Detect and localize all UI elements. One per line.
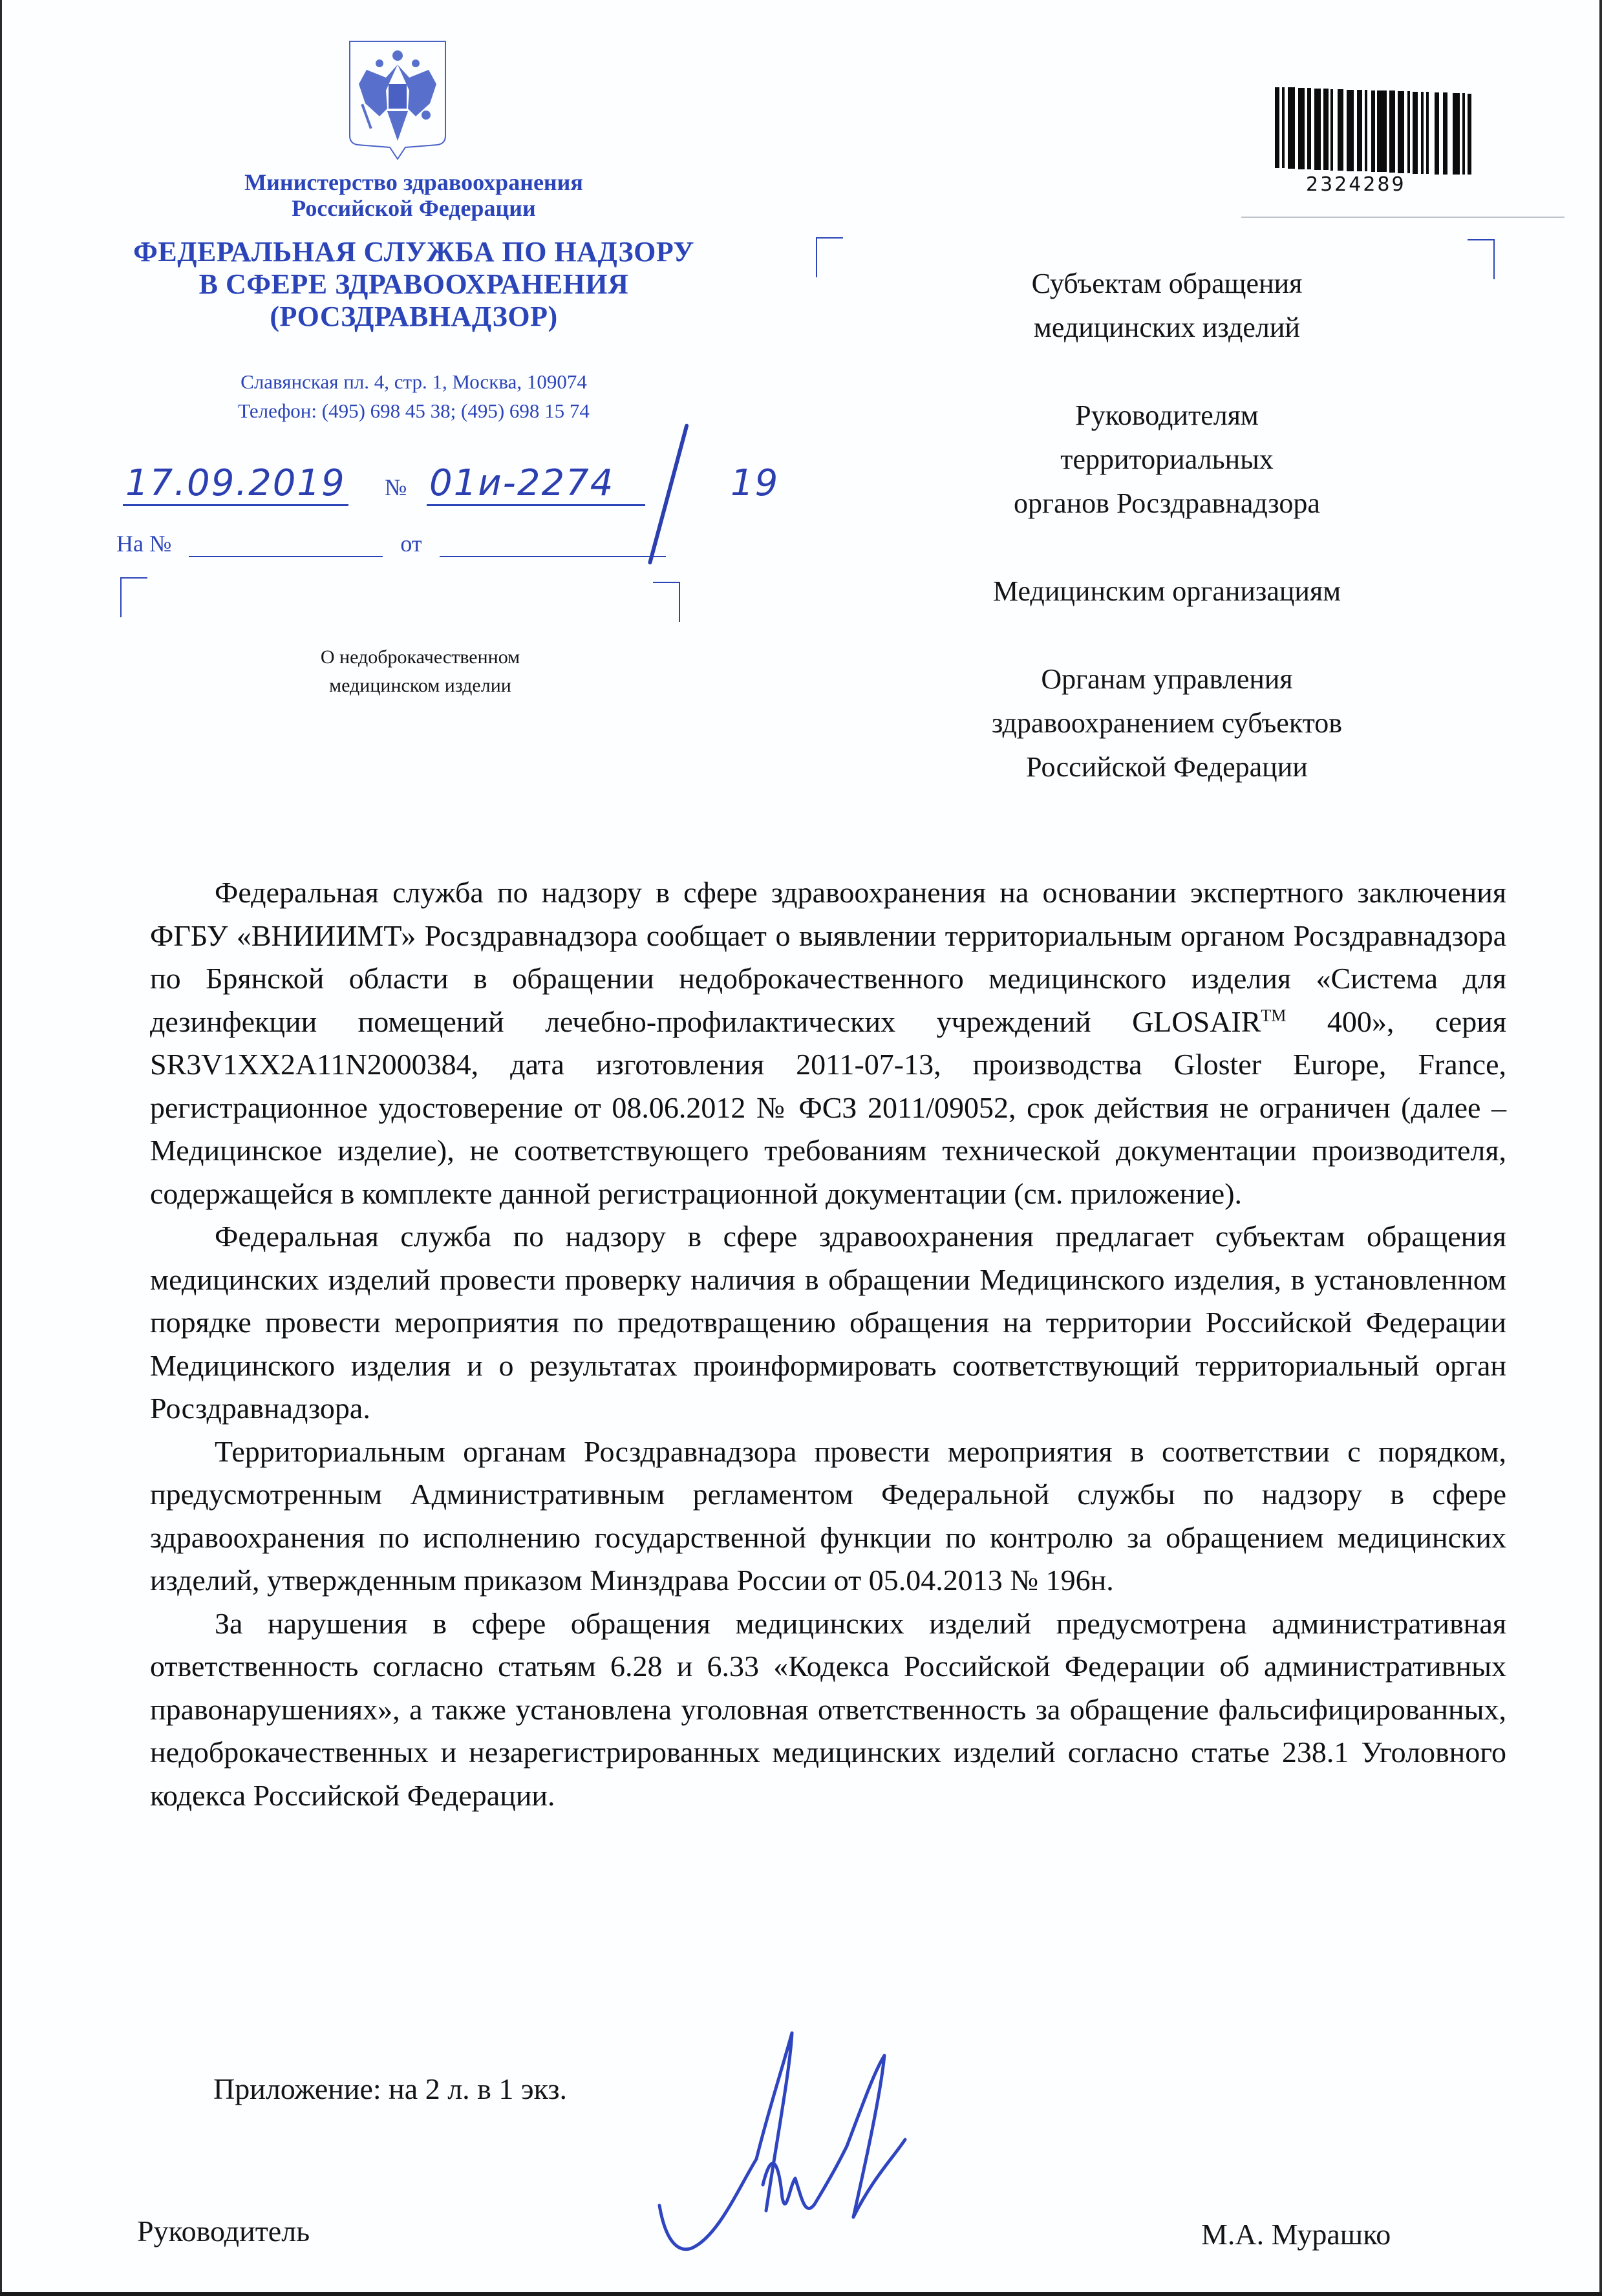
barcode-icon (1275, 87, 1472, 175)
registration-number-suffix: 19 (731, 462, 779, 504)
reply-reference-line: На № от (116, 530, 666, 557)
service-name: ФЕДЕРАЛЬНАЯ СЛУЖБА ПО НАДЗОРУ В СФЕРЕ ЗД… (91, 236, 737, 333)
address-line: Славянская пл. 4, стр. 1, Москва, 109074 (91, 367, 737, 396)
addressee-line: Российской Федерации (860, 745, 1474, 789)
body-paragraph: За нарушения в сфере обращения медицинск… (150, 1602, 1506, 1818)
addressee-line: Медицинским организациям (860, 569, 1474, 613)
ministry-line: Российской Федерации (91, 195, 737, 221)
addressee-line: Руководителям (860, 394, 1474, 438)
addressee-line: Органам управления (860, 657, 1474, 701)
double-headed-eagle-emblem-icon (347, 39, 448, 162)
phone-line: Телефон: (495) 698 45 38; (495) 698 15 7… (91, 396, 737, 425)
page-edge (1599, 0, 1602, 2296)
page-edge (0, 0, 2, 2296)
addressee-group: Органам управления здравоохранением субъ… (860, 657, 1474, 789)
reply-to-label: На № (116, 531, 171, 557)
registration-line: 17.09.2019 № 01и-2274 19 (116, 462, 828, 507)
addressee-group: Медицинским организациям (860, 569, 1474, 613)
addressee-block: Субъектам обращения медицинских изделий … (860, 262, 1474, 789)
addressee-bracket-left (816, 237, 843, 277)
barcode (1275, 87, 1472, 175)
number-label: № (385, 474, 407, 501)
body-paragraph: Федеральная служба по надзору в сфере зд… (150, 871, 1506, 1215)
addressee-line: территориальных (860, 438, 1474, 482)
addressee-group: Субъектам обращения медицинских изделий (860, 262, 1474, 350)
addressee-line: Субъектам обращения (860, 262, 1474, 306)
reply-from-label: от (400, 531, 422, 557)
signatory-name: М.А. Мурашко (1201, 2217, 1391, 2251)
subject-bracket-left (120, 577, 147, 617)
page-edge (0, 2292, 1602, 2296)
addressee-line: медицинских изделий (860, 306, 1474, 350)
registration-date: 17.09.2019 (123, 462, 348, 506)
contact-info: Славянская пл. 4, стр. 1, Москва, 109074… (91, 367, 737, 425)
body-paragraph: Территориальным органам Росздравнадзора … (150, 1430, 1506, 1602)
reply-number-blank (189, 534, 383, 557)
handwritten-signature-icon (621, 2030, 1021, 2269)
addressee-line: органов Росздравнадзора (860, 482, 1474, 526)
subject-bracket-right (653, 582, 680, 622)
service-line: В СФЕРЕ ЗДРАВООХРАНЕНИЯ (91, 268, 737, 301)
reply-date-blank (440, 534, 666, 557)
subject-line: О недоброкачественном (259, 643, 582, 672)
letter-body: Федеральная служба по надзору в сфере зд… (150, 871, 1506, 1817)
subject-line: медицинском изделии (259, 672, 582, 700)
body-paragraph: Федеральная служба по надзору в сфере зд… (150, 1215, 1506, 1430)
attachment-note: Приложение: на 2 л. в 1 экз. (213, 2072, 567, 2106)
ministry-name: Министерство здравоохранения Российской … (91, 169, 737, 221)
subject: О недоброкачественном медицинском издели… (259, 643, 582, 700)
barcode-number: 2324289 (1306, 173, 1406, 196)
addressee-line: здравоохранением субъектов (860, 701, 1474, 745)
service-line: ФЕДЕРАЛЬНАЯ СЛУЖБА ПО НАДЗОРУ (91, 236, 737, 268)
divider (1241, 217, 1565, 218)
addressee-group: Руководителям территориальных органов Ро… (860, 394, 1474, 526)
trademark-superscript: TM (1261, 1006, 1286, 1025)
service-line: (РОСЗДРАВНАДЗОР) (91, 301, 737, 333)
signatory-title: Руководитель (137, 2214, 310, 2248)
registration-number: 01и-2274 (427, 462, 645, 506)
ministry-line: Министерство здравоохранения (91, 169, 737, 195)
